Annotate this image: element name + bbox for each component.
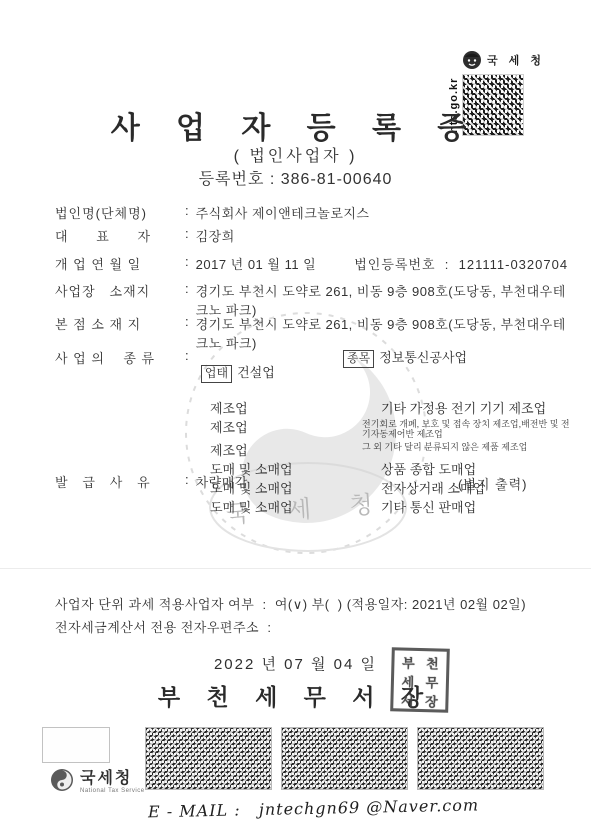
field-ceo: 대 표 자 : 김장희 [55,226,235,245]
jongmok-value: 기타 가정용 전기 기기 제조업 [343,398,572,417]
uptae-value: 건설업 [237,365,275,380]
certificate-subtitle: ( 법인사업자 ) [0,143,591,166]
business-type-row: 제조업 기타 가정용 전기 기기 제조업 [172,398,572,417]
2d-barcode-3 [417,727,544,790]
jongmok-value: 그 외 기타 달리 분류되지 않은 제품 제조업 [362,440,572,452]
business-type-row: 제조업 전기회로 개폐, 보호 및 접속 장치 제조업,배전반 및 전기자동제어… [172,417,572,440]
attachment-note: (별지 출력) [458,474,528,493]
uptae-value: 도매 및 소매업 [172,497,343,516]
field-corp-name: 법인명(단체명) : 주식회사 제이앤테크놀로지스 [55,203,370,222]
jongmok-header-box: 종목 [343,350,374,368]
jongmok-value: 정보통신공사업 [379,350,467,365]
open-date-label: 개 업 연 월 일 [55,254,183,273]
issue-reason-value: 차량매각 [196,472,248,491]
unit-tax-statement: 사업자 단위 과세 적용사업자 여부 : 여(∨) 부( ) (적용일자: 20… [55,594,526,613]
biz-address-label: 사업장 소재지 [55,281,183,300]
nts-logo-subtitle: National Tax Service [80,788,145,794]
business-registration-certificate: 국 세 청 nts.go.kr 국 세 청 사 업 자 등 록 증 ( 법인사업… [0,0,591,836]
nts-badge: 국 세 청 [462,50,558,70]
hq-address-label: 본 점 소 재 지 [55,314,183,333]
nts-badge-label: 국 세 청 [487,52,545,68]
nts-logo-name: 국세청 [80,765,145,788]
corp-name-label: 법인명(단체명) [55,203,183,222]
issuing-office: 부 천 세 무 서 장 [0,679,591,712]
handwritten-email: E - MAIL : jntechgn69 @Naver.com [148,796,468,822]
scan-fold-line [0,568,591,569]
uptae-value: 제조업 [172,398,343,417]
blank-stamp-box [42,727,110,763]
uptae-value: 제조업 [172,440,324,459]
e-invoice-email-statement: 전자세금계산서 전용 전자우편주소 : [55,617,271,636]
business-type-row: 업태건설업 종목정보통신공사업 [172,347,572,398]
jongmok-value: 전기회로 개폐, 보호 및 접속 장치 제조업,배전반 및 전기자동제어반 제조… [362,417,572,440]
nts-logo-icon [50,768,74,792]
corp-name-value: 주식회사 제이앤테크놀로지스 [196,203,370,222]
issue-reason-label: 발 급 사 유 [55,472,183,491]
business-type-row: 도매 및 소매업 기타 통신 판매업 [172,497,572,516]
biz-kind-label: 사 업 의 종 류 [55,348,183,367]
certificate-title: 사 업 자 등 록 증 [0,103,591,147]
ceo-value: 김장희 [196,226,235,245]
registration-number: 등록번호 : 386-81-00640 [0,166,591,189]
jongmok-value: 기타 통신 판매업 [343,497,572,516]
business-type-row: 제조업 그 외 기타 달리 분류되지 않은 제품 제조업 [172,440,572,459]
uptae-value: 제조업 [172,417,324,440]
2d-barcode-2 [281,727,408,790]
issue-date: 2022 년 07 월 04 일 [0,653,591,674]
official-seal-stamp: 부 천 세 무 서 장 [390,647,450,712]
open-date-value: 2017 년 01 월 11 일 [196,254,317,273]
nts-footer-logo: 국세청 National Tax Service [50,765,145,794]
field-open-date: 개 업 연 월 일 : 2017 년 01 월 11 일 법인등록번호 : 12… [55,254,568,273]
corp-reg-number: 법인등록번호 : 121111-0320704 [354,254,568,273]
2d-barcode-1 [145,727,272,790]
field-issue-reason: 발 급 사 유 : 차량매각 [55,472,248,491]
uptae-header-box: 업태 [201,365,232,383]
nts-mascot-icon [462,50,482,70]
ceo-label: 대 표 자 [55,226,183,245]
